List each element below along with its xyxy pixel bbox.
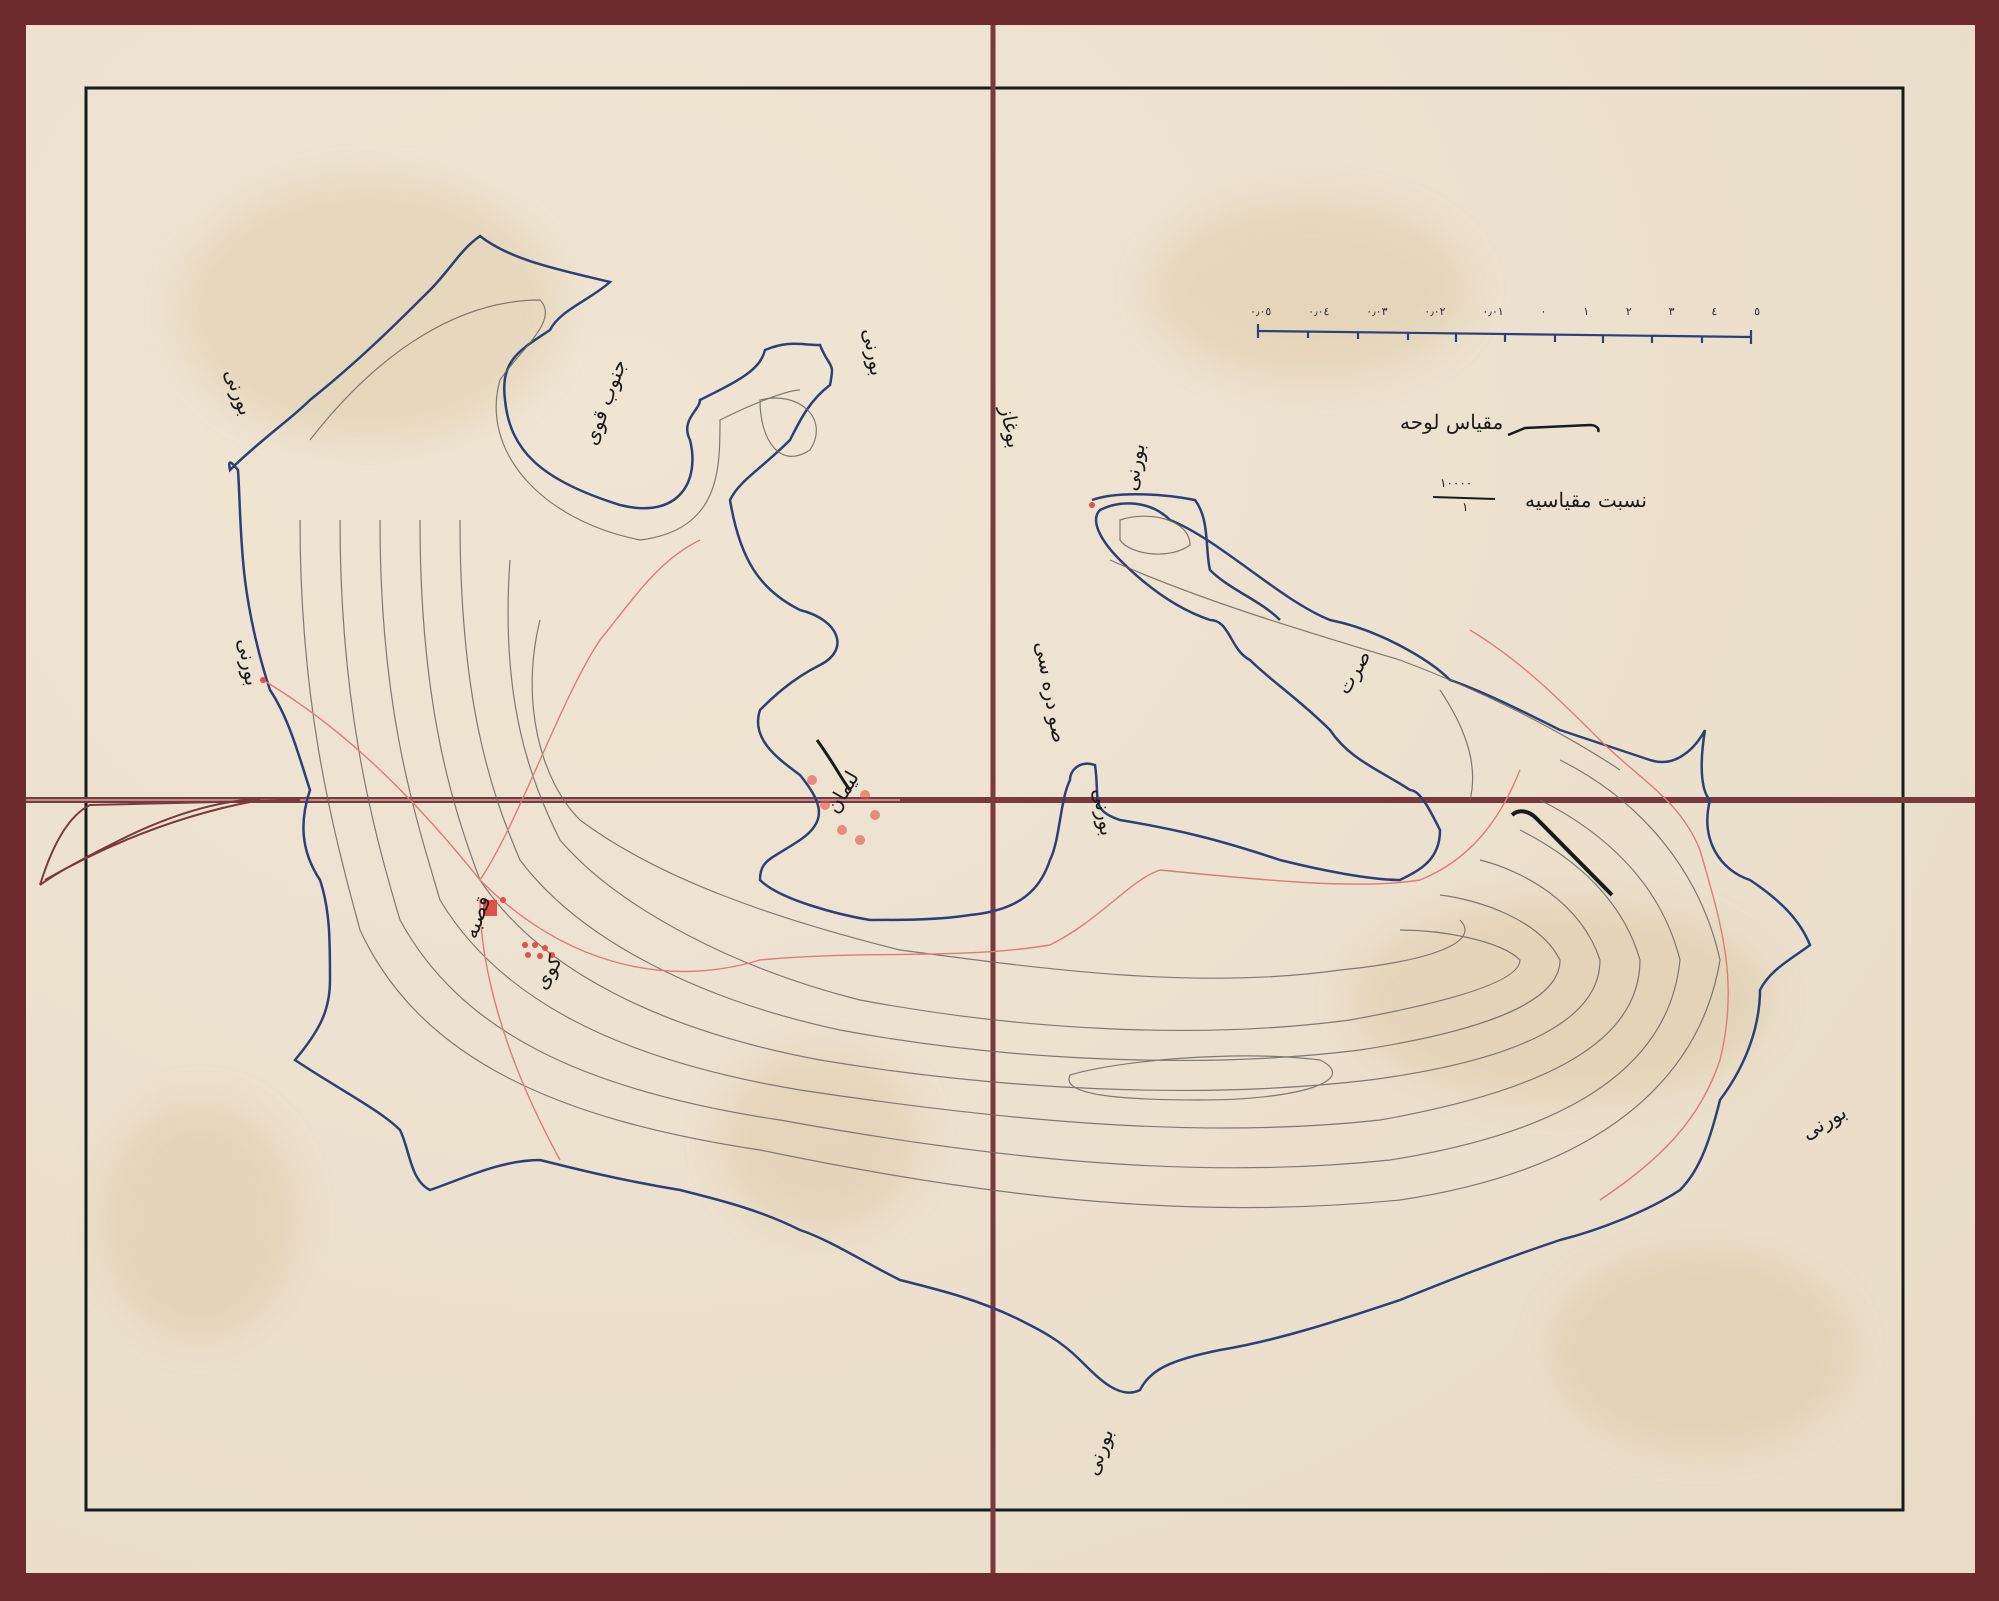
scale-tick: ٢ <box>1626 305 1632 318</box>
map-canvas <box>0 0 1999 1601</box>
scale-tick: ٣ <box>1669 305 1675 318</box>
scale-tick: ٠ <box>1540 305 1546 318</box>
hanging-string <box>40 798 300 885</box>
legend-fraction-denominator: ١ <box>1462 500 1468 514</box>
pier-mark <box>1512 811 1612 895</box>
scale-bar <box>1258 324 1751 344</box>
scale-tick: ٤ <box>1711 305 1717 318</box>
scale-bar-labels: ٠٫٠٥ ٠٫٠٤ ٠٫٠٣ ٠٫٠٢ ٠٫٠١ ٠ ١ ٢ ٣ ٤ ٥ <box>1250 305 1760 318</box>
scale-tick: ١ <box>1583 305 1589 318</box>
legend-line1: مقياس لوحه <box>1400 410 1503 434</box>
legend-line-symbol <box>1508 425 1598 435</box>
scale-tick: ٠٫٠٢ <box>1424 305 1445 318</box>
scale-tick: ٥ <box>1754 305 1760 318</box>
legend-fraction-line <box>1433 497 1495 499</box>
settlements <box>260 502 1095 959</box>
legend-fraction-numerator: ١٠٠٠٠ <box>1440 476 1472 490</box>
scale-tick: ٠٫٠٤ <box>1308 305 1329 318</box>
scale-tick: ٠٫٠١ <box>1482 305 1503 318</box>
scale-tick: ٠٫٠٥ <box>1250 305 1271 318</box>
legend-line2: نسبت مقياسيه <box>1525 488 1647 512</box>
scale-tick: ٠٫٠٣ <box>1366 305 1387 318</box>
coastline-northeast-peninsula <box>1092 494 1280 620</box>
